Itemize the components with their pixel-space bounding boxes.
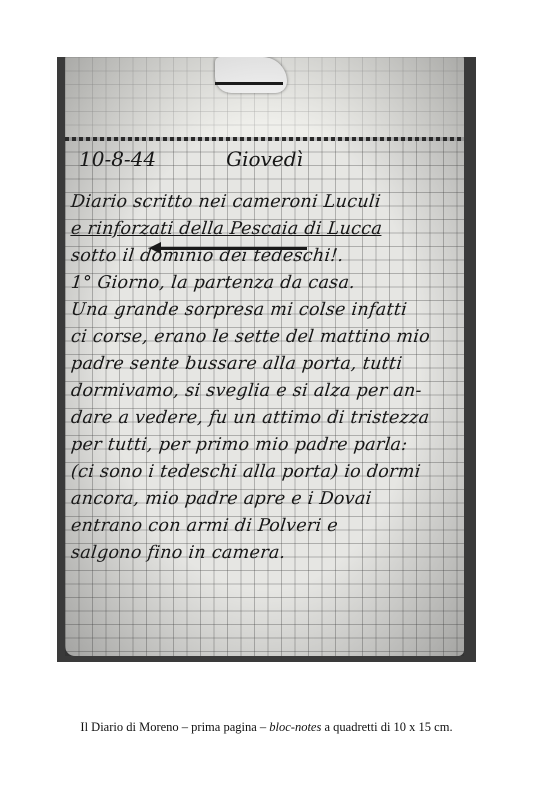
handwritten-line: dormivamo, si sveglia e si alza per an- [70, 378, 460, 405]
entry-header: 10-8-44 Giovedì [71, 141, 458, 177]
caption-part-1: Il Diario di Moreno – prima pagina – [80, 720, 269, 734]
handwritten-line: ci corse, erano le sette del mattino mio [70, 324, 460, 351]
handwritten-line: salgono fino in camera. [70, 540, 460, 567]
handwritten-line: per tutti, per primo mio padre parla: [70, 432, 460, 459]
spacer [71, 177, 458, 189]
caption-italic: bloc-notes [269, 720, 321, 734]
handwritten-line: Una grande sorpresa mi colse infatti [70, 297, 460, 324]
handwritten-line: dare a vedere, fu un attimo di tristezza [70, 405, 460, 432]
handwritten-line: 1° Giorno, la partenza da casa. [70, 270, 460, 297]
handwritten-line: e rinforzati della Pescaia di Lucca [70, 216, 460, 243]
figure-caption: Il Diario di Moreno – prima pagina – blo… [0, 720, 533, 735]
grid-notebook-paper: 10-8-44 Giovedì Diario scritto nei camer… [65, 57, 464, 656]
handwritten-line: Diario scritto nei cameroni Luculi [70, 189, 460, 216]
handwritten-line: ancora, mio padre apre e i Dovai [70, 486, 460, 513]
arrow-left-icon [157, 247, 307, 250]
handwritten-line: entrano con armi di Polveri e [70, 513, 460, 540]
caption-part-2: a quadretti di 10 x 15 cm. [321, 720, 452, 734]
tear-edge-line [215, 82, 283, 85]
entry-weekday: Giovedì [226, 141, 303, 177]
handwritten-text: 10-8-44 Giovedì Diario scritto nei camer… [71, 141, 458, 567]
diary-page-photo: 10-8-44 Giovedì Diario scritto nei camer… [57, 57, 476, 662]
handwritten-line: padre sente bussare alla porta, tutti [70, 351, 460, 378]
handwritten-line: (ci sono i tedeschi alla porta) io dormi [70, 459, 460, 486]
entry-date: 10-8-44 [79, 141, 156, 177]
paper-tear [215, 57, 287, 93]
